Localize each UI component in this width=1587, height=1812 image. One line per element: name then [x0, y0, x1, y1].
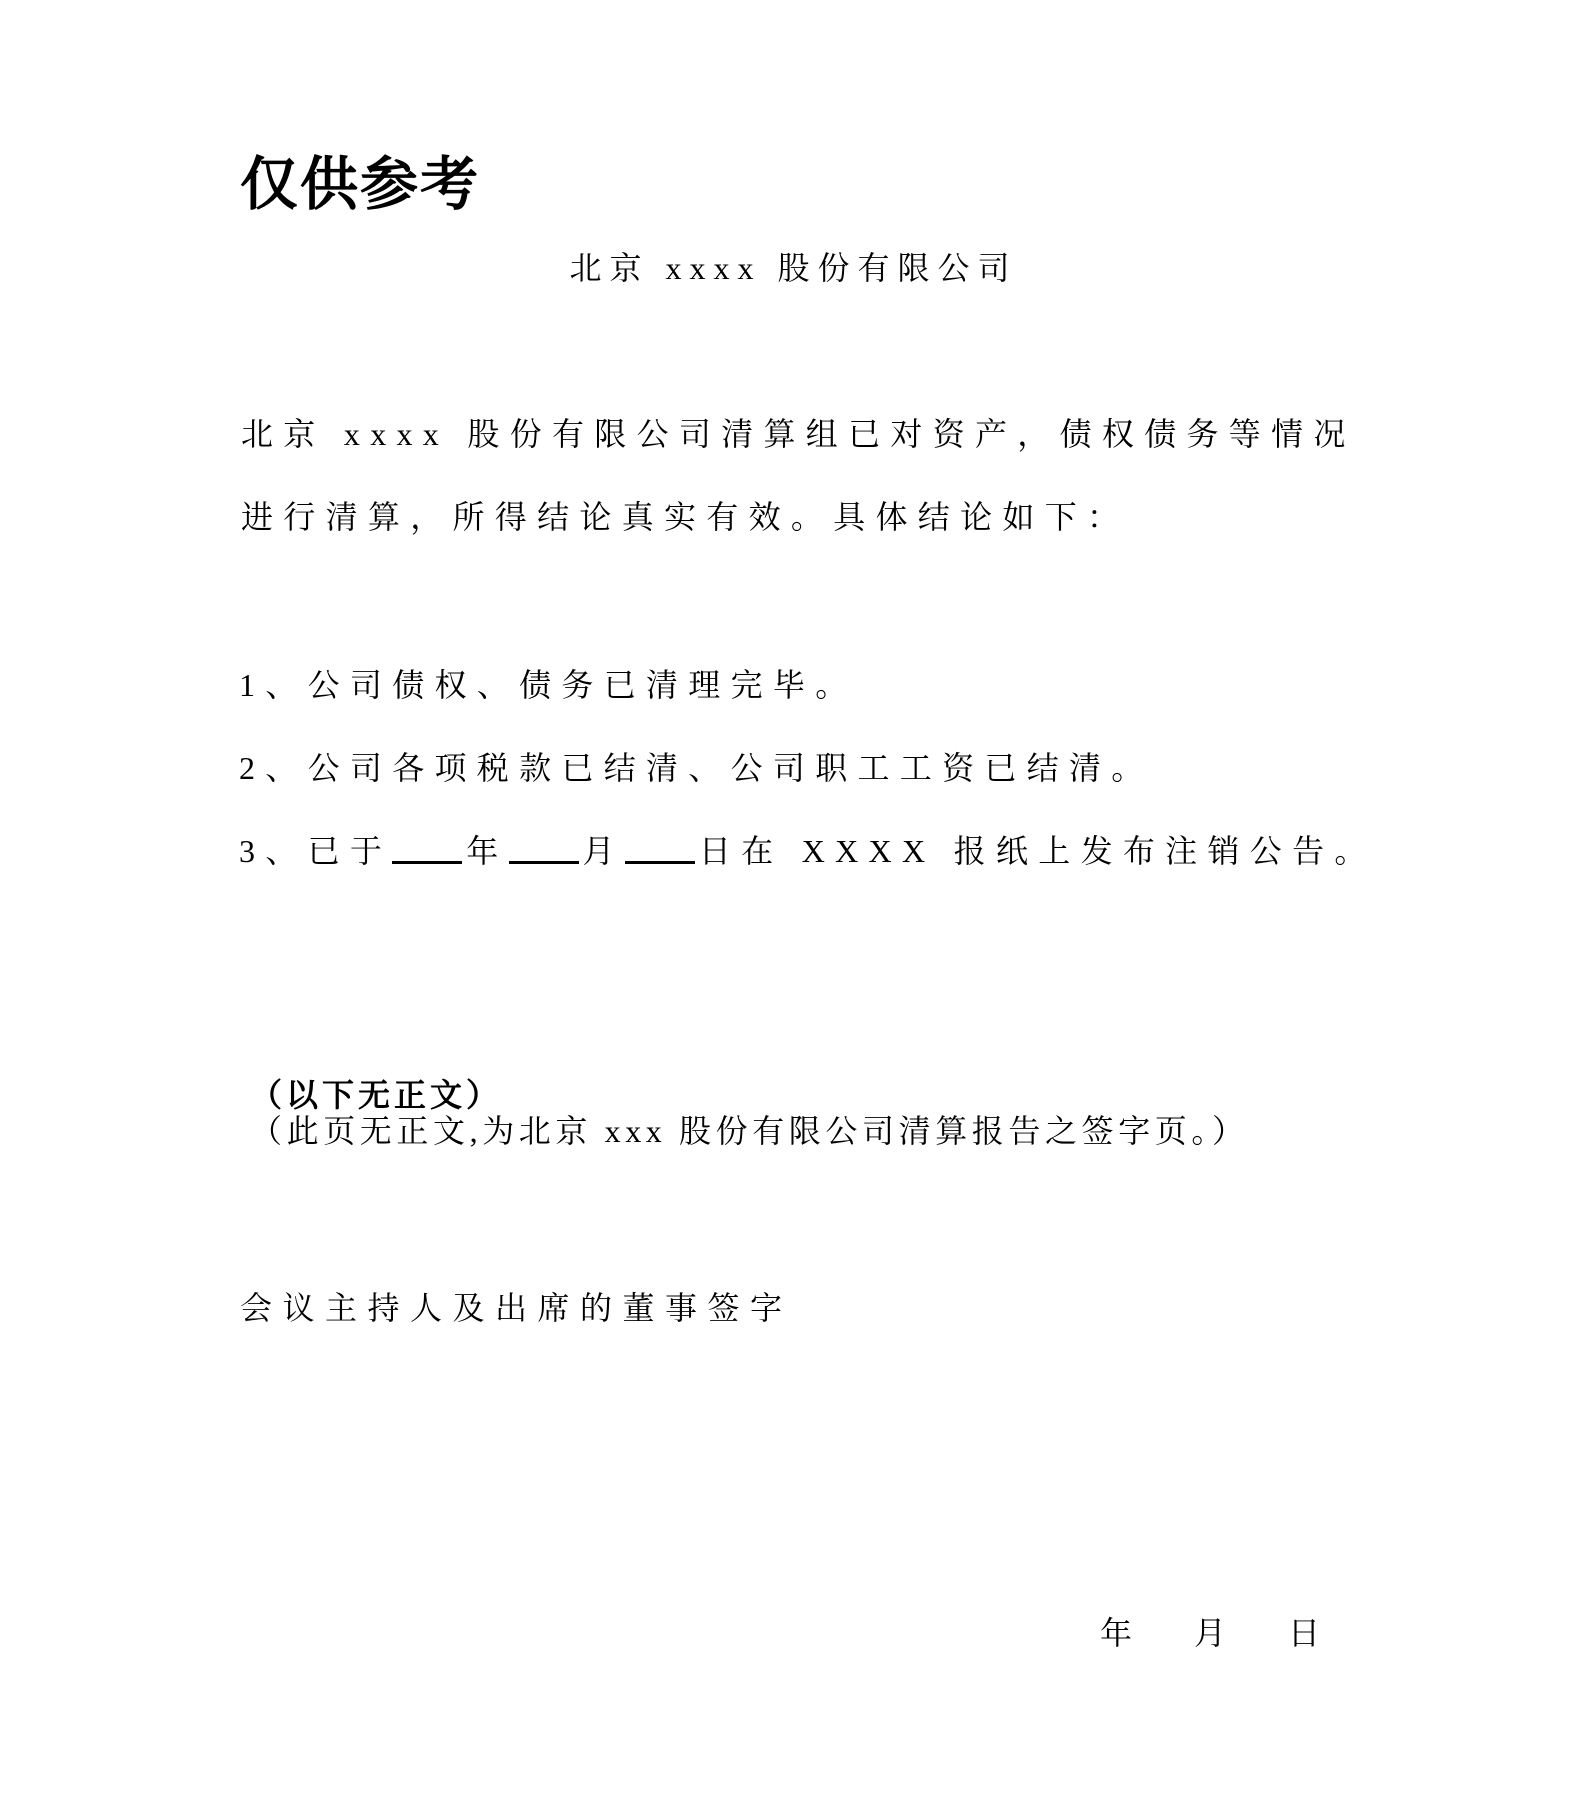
year-blank-field[interactable]	[392, 831, 462, 864]
date-month-label: 月	[1194, 1613, 1226, 1653]
document-page: 仅供参考 北京 xxxx 股份有限公司 北京 xxxx 股份有限公司清算组已对资…	[0, 0, 1587, 1812]
intro-line-1: 北京 xxxx 股份有限公司清算组已对资产，债权债务等情况	[241, 414, 1356, 454]
list-item-2: 2、公司各项税款已结清、公司职工工资已结清。	[239, 748, 1154, 788]
date-year-label: 年	[1100, 1613, 1132, 1653]
month-blank-field[interactable]	[509, 831, 579, 864]
signature-label: 会议主持人及出席的董事签字	[240, 1288, 793, 1328]
date-line: 年月日	[1100, 1613, 1320, 1653]
signature-page-note: （此页无正文,为北京 xxx 股份有限公司清算报告之签字页。）	[250, 1113, 1249, 1149]
list-item-3: 3、已于年月日在 XXXX 报纸上发布注销公告。	[239, 831, 1377, 871]
intro-line-2: 进行清算，所得结论真实有效。具体结论如下：	[241, 497, 1129, 537]
company-heading: 北京 xxxx 股份有限公司	[0, 248, 1587, 288]
item-3-suffix: 在 XXXX 报纸上发布注销公告。	[741, 833, 1377, 869]
list-item-1: 1、公司债权、债务已清理完毕。	[239, 665, 858, 705]
watermark-title: 仅供参考	[240, 152, 480, 218]
item-3-prefix: 3、已于	[239, 833, 392, 869]
date-day-label: 日	[1288, 1613, 1320, 1653]
end-of-text-note: （以下无正文）	[250, 1077, 502, 1113]
item-3-year-label: 年	[466, 833, 508, 869]
item-3-month-label: 月	[583, 833, 625, 869]
item-3-day-label: 日	[699, 833, 741, 869]
day-blank-field[interactable]	[625, 831, 695, 864]
